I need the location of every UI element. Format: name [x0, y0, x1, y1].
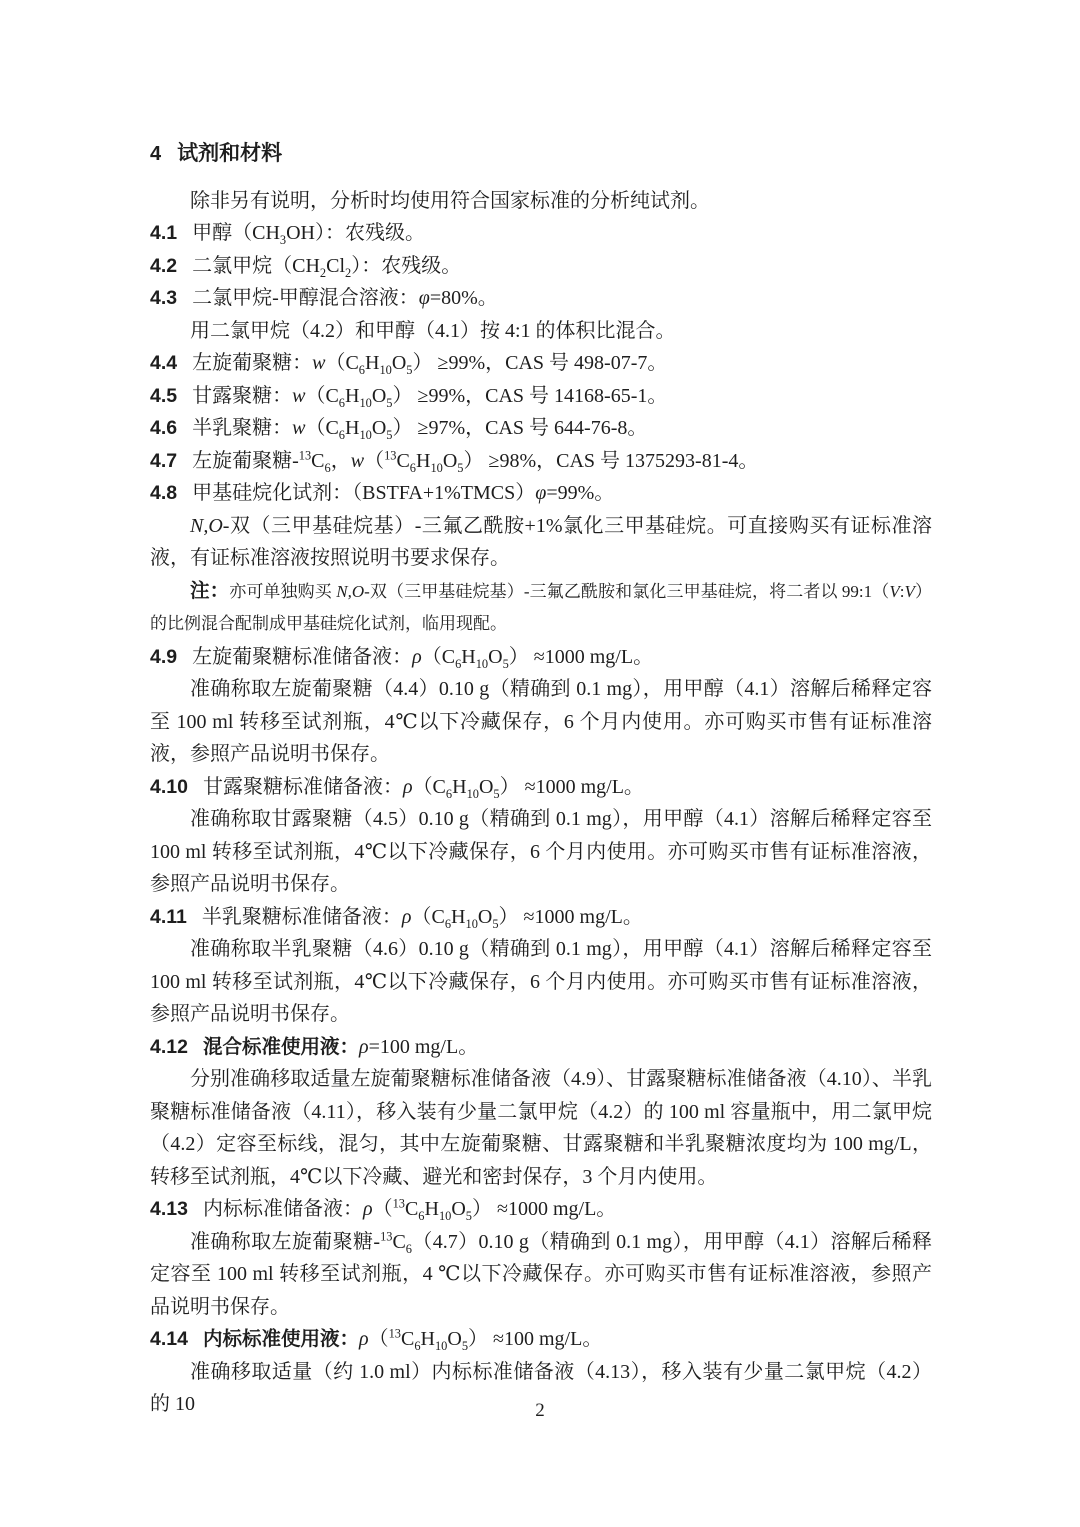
- paragraph-text: 甘露聚糖标准储备液：ρ（C6H10O5） ≈1000 mg/L。: [203, 776, 644, 798]
- clause-number: 4.10: [150, 776, 188, 798]
- clause-4.11: 4.11半乳聚糖标准储备液：ρ（C6H10O5） ≈1000 mg/L。: [150, 901, 932, 934]
- body-paragraph: 准确称取左旋葡聚糖（4.4）0.10 g（精确到 0.1 mg），用甲醇（4.1…: [150, 673, 932, 771]
- clause-4.7: 4.7左旋葡聚糖-13C6，w（13C6H10O5） ≥98%，CAS 号 13…: [150, 445, 932, 478]
- clause-4.8: 4.8甲基硅烷化试剂：（BSTFA+1%TMCS）φ=99%。: [150, 477, 932, 510]
- paragraph-text: 准确称取甘露聚糖（4.5）0.10 g（精确到 0.1 mg），用甲醇（4.1）…: [150, 808, 932, 895]
- paragraph-text: 二氯甲烷-甲醇混合溶液：φ=80%。: [192, 287, 498, 309]
- body-paragraph: 用二氯甲烷（4.2）和甲醇（4.1）按 4:1 的体积比混合。: [150, 315, 932, 348]
- document-content: 4试剂和材料除非另有说明，分析时均使用符合国家标准的分析纯试剂。4.1甲醇（CH…: [150, 138, 932, 1421]
- clause-4.14: 4.14内标标准使用液：ρ（13C6H10O5） ≈100 mg/L。: [150, 1323, 932, 1356]
- paragraph-text: 甲基硅烷化试剂：（BSTFA+1%TMCS）φ=99%。: [192, 482, 614, 504]
- clause-number: 4.7: [150, 450, 177, 472]
- section-heading: 4试剂和材料: [150, 138, 932, 171]
- paragraph-text: 内标标准使用液：ρ（13C6H10O5） ≈100 mg/L。: [203, 1328, 602, 1350]
- clause-number: 4.9: [150, 646, 177, 668]
- body-paragraph: 准确称取甘露聚糖（4.5）0.10 g（精确到 0.1 mg），用甲醇（4.1）…: [150, 803, 932, 901]
- paragraph-text: 混合标准使用液：ρ=100 mg/L。: [203, 1036, 478, 1058]
- clause-number: 4.1: [150, 222, 177, 244]
- paragraph-text: 用二氯甲烷（4.2）和甲醇（4.1）按 4:1 的体积比混合。: [190, 320, 676, 342]
- clause-4.13: 4.13内标标准储备液：ρ（13C6H10O5） ≈1000 mg/L。: [150, 1193, 932, 1226]
- paragraph-text: N,O-双（三甲基硅烷基）-三氟乙酰胺+1%氯化三甲基硅烷。可直接购买有证标准溶…: [150, 515, 932, 570]
- paragraph-text: 准确称取左旋葡聚糖-13C6（4.7）0.10 g（精确到 0.1 mg），用甲…: [150, 1231, 932, 1318]
- paragraph-text: 二氯甲烷（CH2Cl2）：农残级。: [192, 255, 461, 277]
- clause-number: 4.11: [150, 906, 187, 928]
- clause-number: 4.4: [150, 352, 177, 374]
- paragraph-text: 注：亦可单独购买 N,O-双（三甲基硅烷基）-三氟乙酰胺和氯化三甲基硅烷，将二者…: [150, 582, 932, 634]
- body-paragraph: 分别准确移取适量左旋葡聚糖标准储备液（4.9）、甘露聚糖标准储备液（4.10）、…: [150, 1063, 932, 1193]
- clause-number: 4.13: [150, 1198, 188, 1220]
- clause-4.9: 4.9左旋葡聚糖标准储备液：ρ（C6H10O5） ≈1000 mg/L。: [150, 641, 932, 674]
- paragraph-text: 准确称取左旋葡聚糖（4.4）0.10 g（精确到 0.1 mg），用甲醇（4.1…: [150, 678, 932, 765]
- clause-4.5: 4.5甘露聚糖：w（C6H10O5） ≥99%，CAS 号 14168-65-1…: [150, 380, 932, 413]
- paragraph-text: 左旋葡聚糖-13C6，w（13C6H10O5） ≥98%，CAS 号 13752…: [192, 450, 758, 472]
- clause-4.10: 4.10甘露聚糖标准储备液：ρ（C6H10O5） ≈1000 mg/L。: [150, 771, 932, 804]
- clause-number: 4.5: [150, 385, 177, 407]
- clause-number: 4.2: [150, 255, 177, 277]
- paragraph-text: 左旋葡聚糖标准储备液：ρ（C6H10O5） ≈1000 mg/L。: [192, 646, 653, 668]
- clause-4.1: 4.1甲醇（CH3OH）：农残级。: [150, 217, 932, 250]
- clause-4.4: 4.4左旋葡聚糖：w（C6H10O5） ≥99%，CAS 号 498-07-7。: [150, 347, 932, 380]
- clause-number: 4.14: [150, 1328, 188, 1350]
- clause-number: 4.8: [150, 482, 177, 504]
- document-page: 4试剂和材料除非另有说明，分析时均使用符合国家标准的分析纯试剂。4.1甲醇（CH…: [0, 0, 1080, 1527]
- paragraph-text: 试剂和材料: [177, 142, 282, 165]
- body-paragraph: 除非另有说明，分析时均使用符合国家标准的分析纯试剂。: [150, 185, 932, 218]
- body-paragraph: N,O-双（三甲基硅烷基）-三氟乙酰胺+1%氯化三甲基硅烷。可直接购买有证标准溶…: [150, 510, 932, 575]
- body-paragraph: 准确称取左旋葡聚糖-13C6（4.7）0.10 g（精确到 0.1 mg），用甲…: [150, 1226, 932, 1324]
- paragraph-text: 左旋葡聚糖：w（C6H10O5） ≥99%，CAS 号 498-07-7。: [192, 352, 667, 374]
- clause-4.3: 4.3二氯甲烷-甲醇混合溶液：φ=80%。: [150, 282, 932, 315]
- clause-number: 4: [150, 143, 161, 165]
- paragraph-text: 半乳聚糖标准储备液：ρ（C6H10O5） ≈1000 mg/L。: [202, 906, 643, 928]
- paragraph-text: 甘露聚糖：w（C6H10O5） ≥99%，CAS 号 14168-65-1。: [192, 385, 667, 407]
- clause-number: 4.6: [150, 417, 177, 439]
- clause-4.6: 4.6半乳聚糖：w（C6H10O5） ≥97%，CAS 号 644-76-8。: [150, 412, 932, 445]
- note-paragraph: 注：亦可单独购买 N,O-双（三甲基硅烷基）-三氟乙酰胺和氯化三甲基硅烷，将二者…: [150, 575, 932, 641]
- paragraph-text: 半乳聚糖：w（C6H10O5） ≥97%，CAS 号 644-76-8。: [192, 417, 647, 439]
- clause-4.12: 4.12混合标准使用液：ρ=100 mg/L。: [150, 1031, 932, 1064]
- page-number: 2: [0, 1400, 1080, 1422]
- paragraph-text: 内标标准储备液：ρ（13C6H10O5） ≈1000 mg/L。: [203, 1198, 616, 1220]
- clause-number: 4.12: [150, 1036, 188, 1058]
- paragraph-text: 甲醇（CH3OH）：农残级。: [192, 222, 425, 244]
- clause-4.2: 4.2二氯甲烷（CH2Cl2）：农残级。: [150, 250, 932, 283]
- clause-number: 4.3: [150, 287, 177, 309]
- paragraph-text: 准确称取半乳聚糖（4.6）0.10 g（精确到 0.1 mg），用甲醇（4.1）…: [150, 938, 932, 1025]
- body-paragraph: 准确称取半乳聚糖（4.6）0.10 g（精确到 0.1 mg），用甲醇（4.1）…: [150, 933, 932, 1031]
- paragraph-text: 分别准确移取适量左旋葡聚糖标准储备液（4.9）、甘露聚糖标准储备液（4.10）、…: [150, 1068, 932, 1188]
- paragraph-text: 除非另有说明，分析时均使用符合国家标准的分析纯试剂。: [190, 190, 710, 212]
